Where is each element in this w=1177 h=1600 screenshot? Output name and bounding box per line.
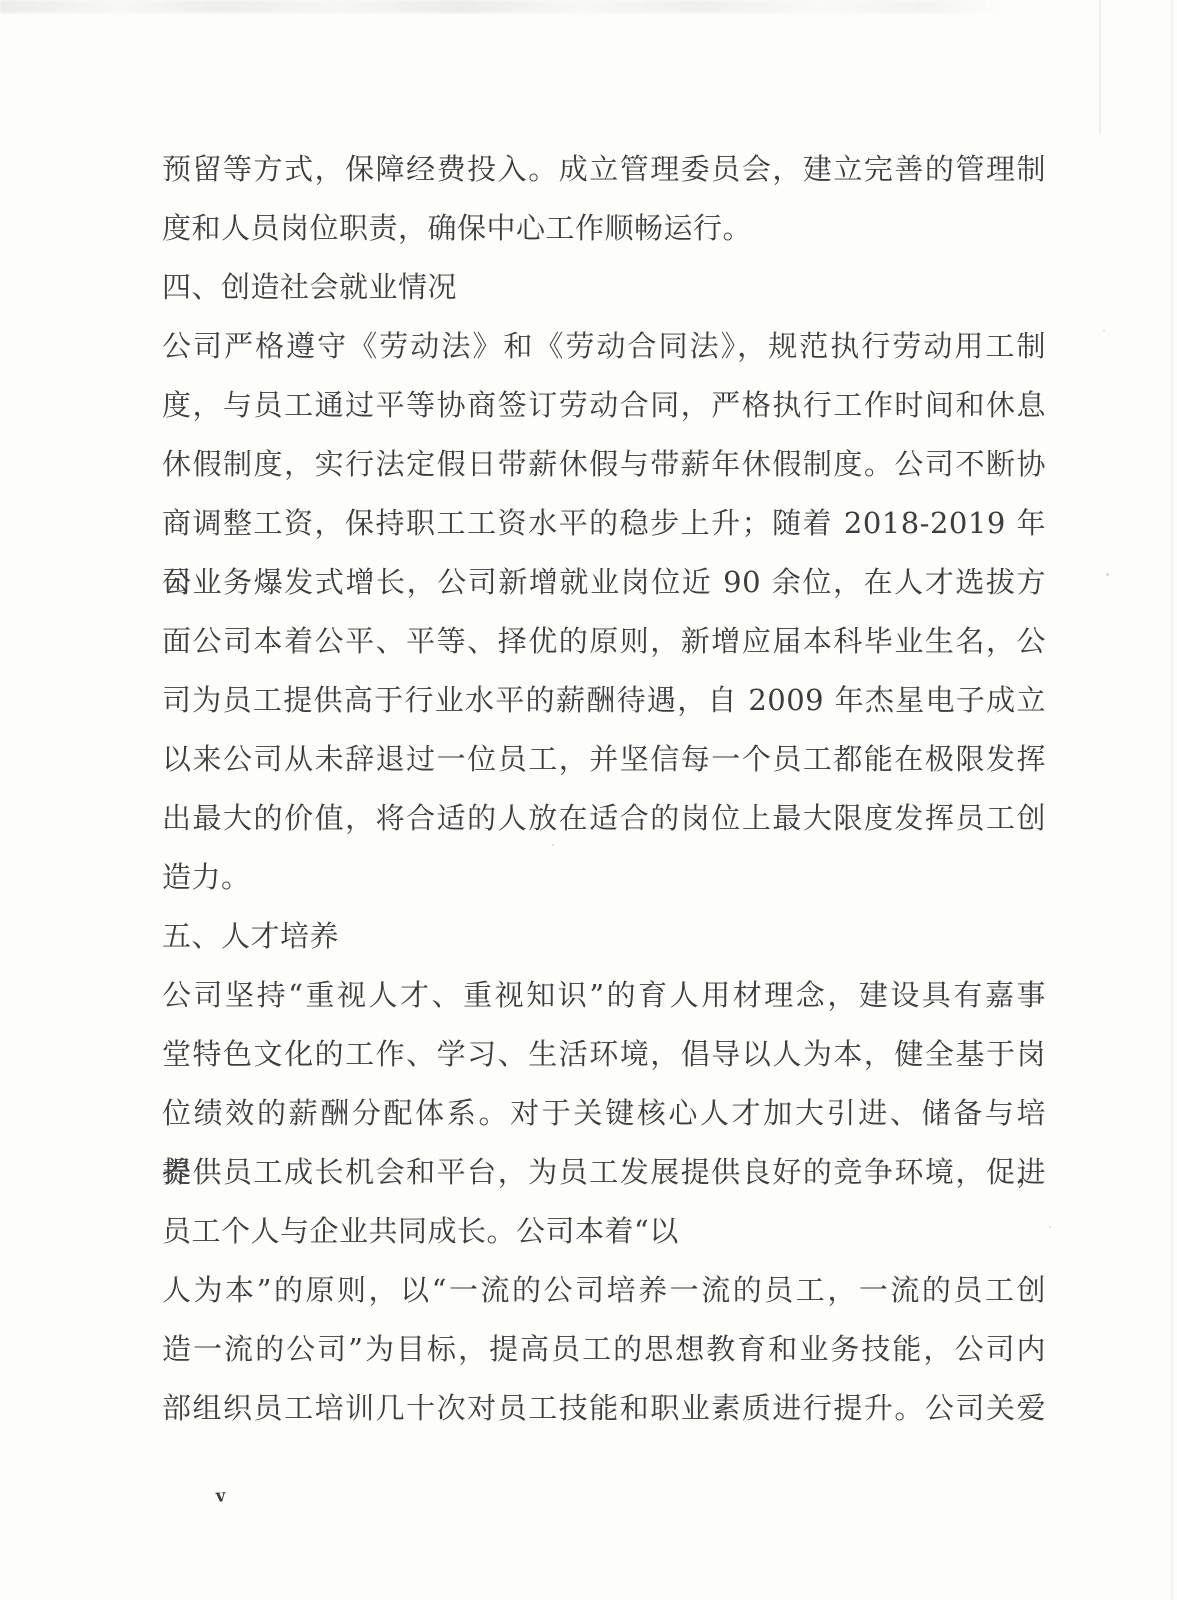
handwritten-check-mark: v [215,1485,226,1506]
text-line: 商调整工资，保持职工工资水平的稳步上升；随着 2018-2019 年公 [162,494,1046,553]
text-line: 司业务爆发式增长，公司新增就业岗位近 90 余位，在人才选拔方 [162,553,1046,612]
text-line: 造一流的公司”为目标，提高员工的思想教育和业务技能，公司内 [162,1320,1046,1379]
text-line: 公司坚持“重视人才、重视知识”的育人用材理念，建设具有嘉事 [162,966,1046,1025]
section-heading: 五、人才培养 [162,907,1046,966]
scan-speck [1049,1226,1051,1228]
text-line: 预留等方式，保障经费投入。成立管理委员会，建立完善的管理制 [162,140,1046,199]
text-line: 公司严格遵守《劳动法》和《劳动合同法》，规范执行劳动用工制 [162,317,1046,376]
scan-edge-line [1171,0,1173,1600]
scan-speck [1103,330,1105,332]
text-line: 堂特色文化的工作、学习、生活环境，倡导以人为本，健全基于岗 [162,1025,1046,1084]
text-line: 休假制度，实行法定假日带薪休假与带薪年休假制度。公司不断协 [162,435,1046,494]
text-line: 面公司本着公平、平等、择优的原则，新增应届本科毕业生名，公 [162,612,1046,671]
scan-speck [1106,573,1109,576]
document-content: 预留等方式，保障经费投入。成立管理委员会，建立完善的管理制度和人员岗位职责，确保… [162,140,1046,1438]
text-line: 部组织员工培训几十次对员工技能和职业素质进行提升。公司关爱 [162,1379,1046,1438]
text-line: 员工个人与企业共同成长。公司本着“以 [162,1202,1046,1261]
document-page: 预留等方式，保障经费投入。成立管理委员会，建立完善的管理制度和人员岗位职责，确保… [0,0,1177,1600]
text-line: 提供员工成长机会和平台，为员工发展提供良好的竞争环境，促进 [162,1143,1046,1202]
section-heading: 四、创造社会就业情况 [162,258,1046,317]
text-line: 司为员工提供高于行业水平的薪酬待遇，自 2009 年杰星电子成立 [162,671,1046,730]
text-line: 出最大的价值，将合适的人放在适合的岗位上最大限度发挥员工创 [162,789,1046,848]
text-line: 度，与员工通过平等协商签订劳动合同，严格执行工作时间和休息 [162,376,1046,435]
scan-crease-line [1099,0,1101,135]
text-line: 以来公司从未辞退过一位员工，并坚信每一个员工都能在极限发挥 [162,730,1046,789]
text-line: 位绩效的薪酬分配体系。对于关键核心人才加大引进、储备与培养， [162,1084,1046,1143]
scan-smudge-top [0,0,1000,13]
text-line: 人为本”的原则，以“一流的公司培养一流的员工，一流的员工创 [162,1261,1046,1320]
text-line: 度和人员岗位职责，确保中心工作顺畅运行。 [162,199,1046,258]
text-line: 造力。 [162,848,1046,907]
